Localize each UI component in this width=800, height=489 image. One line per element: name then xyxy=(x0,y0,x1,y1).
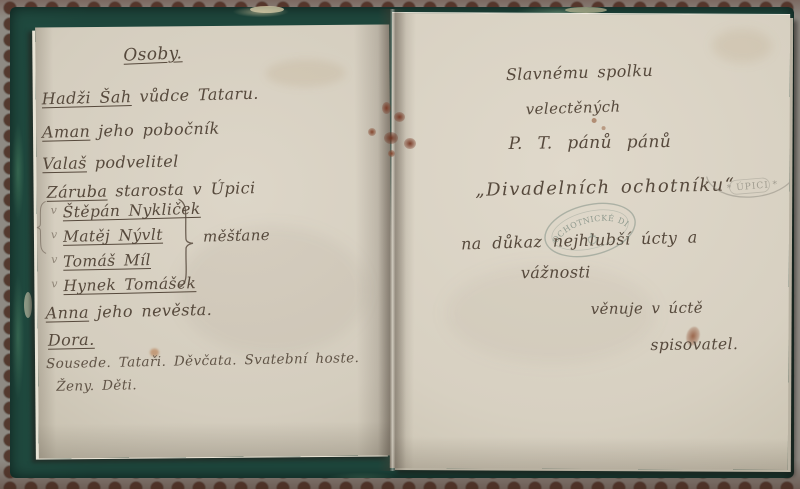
character-name: Matěj Nývlt xyxy=(63,226,163,246)
cast-row: Valašpodvelitel xyxy=(42,153,179,173)
character-name: Anna xyxy=(45,303,89,323)
character-name: Dora. xyxy=(48,331,95,350)
character-role: jeho nevěsta. xyxy=(97,300,213,322)
pencil-brace-left xyxy=(35,199,48,255)
stamp-emblem-icon xyxy=(587,232,597,245)
cast-list-title: Osoby. xyxy=(123,44,183,65)
svg-text:OCHOTNICKÉ DIVADLO: OCHOTNICKÉ DIVADLO xyxy=(536,191,632,249)
burgher-row: vMatěj Nývlt xyxy=(51,227,163,247)
character-name: Aman xyxy=(42,122,91,142)
foxing-stain xyxy=(712,29,772,63)
character-name: Valaš xyxy=(42,153,87,173)
character-role: podvelitel xyxy=(95,152,179,173)
foxing-dot xyxy=(592,118,597,123)
cast-row: Zárubastarosta v Úpici xyxy=(46,179,255,201)
group-brace-right xyxy=(175,197,200,289)
burgher-row: vTomáš Míl xyxy=(51,252,151,271)
pencil-tick: v xyxy=(51,204,63,216)
character-name: Záruba xyxy=(46,182,107,202)
cover-wear-chip xyxy=(250,6,284,13)
character-name: Tomáš Míl xyxy=(63,251,151,271)
upici-edge-stamp: * ÚPICI * xyxy=(704,169,791,221)
foxing-dot xyxy=(602,126,606,130)
dedication-line: Slavnému spolku xyxy=(506,62,654,84)
pencil-tick: v xyxy=(51,278,63,290)
character-name: Hadži Šah xyxy=(42,87,132,108)
character-role: jeho pobočník xyxy=(98,119,220,141)
left-page: Osoby. Hadži Šahvůdce Tataru. Amanjeho p… xyxy=(35,24,393,458)
group-label: měšťane xyxy=(203,227,271,245)
cover-wear-chip xyxy=(24,292,32,318)
right-page: Slavnému spolku velectěných P. T. pánů p… xyxy=(390,12,790,470)
foxing-stain xyxy=(265,59,345,88)
dedication-line: velectěných xyxy=(525,99,620,118)
pencil-tick: v xyxy=(51,229,63,241)
dedication-line: věnuje v úctě xyxy=(591,300,704,318)
theatre-society-stamp: OCHOTNICKÉ DIVADLO xyxy=(536,191,644,269)
dedication-line: spisovatel. xyxy=(650,336,738,354)
character-role: vůdce Tataru. xyxy=(139,84,259,106)
extras-line: Ženy. Děti. xyxy=(56,378,137,394)
dedication-line: P. T. pánů pánů xyxy=(508,133,671,154)
pencil-tick: v xyxy=(51,254,63,266)
cast-row: Annajeho nevěsta. xyxy=(45,301,212,322)
cast-row: Hadži Šahvůdce Tataru. xyxy=(42,85,259,108)
manuscript-photo: Osoby. Hadži Šahvůdce Tataru. Amanjeho p… xyxy=(0,0,800,489)
stamp-text: OCHOTNICKÉ DIVADLO xyxy=(536,191,632,249)
extras-line: Sousede. Tataři. Děvčata. Svatební hoste… xyxy=(46,351,360,372)
cast-row: Amanjeho pobočník xyxy=(42,120,220,142)
